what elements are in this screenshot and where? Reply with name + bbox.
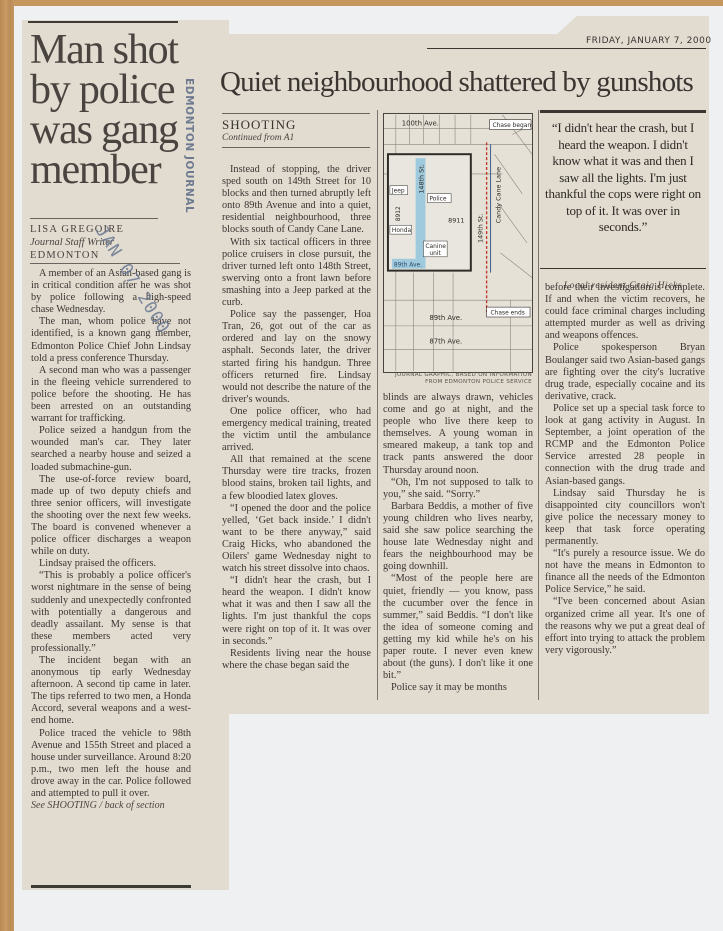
pull-quote-bottom-rule xyxy=(540,268,706,269)
section-kicker: SHOOTING xyxy=(222,117,296,133)
publication-stamp: EDMONTON JOURNAL xyxy=(183,78,195,213)
dateline: FRIDAY, JANUARY 7, 2000 xyxy=(586,36,712,46)
svg-text:8912: 8912 xyxy=(396,206,402,221)
paragraph: Residents living near the house where th… xyxy=(222,648,371,672)
svg-text:Jeep: Jeep xyxy=(391,189,405,195)
svg-text:149th St.: 149th St. xyxy=(477,214,485,243)
kicker-top-rule xyxy=(222,113,370,114)
paragraph: “Most of the people here are quiet, frie… xyxy=(383,573,533,682)
map-graphic: 100th Ave. Chase began 148th St. Jeep 89… xyxy=(384,114,532,372)
paragraph: before their investigation is complete. … xyxy=(545,282,705,342)
paragraph: “It's purely a resource issue. We do not… xyxy=(545,548,705,596)
continued-from: Continued from A1 xyxy=(222,133,294,143)
svg-text:Candy Cane Lane: Candy Cane Lane xyxy=(494,167,502,223)
paragraph: “Oh, I'm not supposed to talk to you,” s… xyxy=(383,477,533,501)
inside-column-2: blinds are always drawn, vehicles come a… xyxy=(383,392,533,694)
svg-text:89th Ave.: 89th Ave. xyxy=(394,263,422,269)
svg-text:89th Ave.: 89th Ave. xyxy=(429,314,462,322)
paragraph: “I've been concerned about Asian organiz… xyxy=(545,596,705,656)
headline-top-rule xyxy=(28,21,178,23)
front-story-body: A member of an Asian-based gang is in cr… xyxy=(31,268,191,812)
paragraph: Barbara Beddis, a mother of five young c… xyxy=(383,501,533,574)
paragraph: Police say the passenger, Hoa Tran, 26, … xyxy=(222,309,371,406)
paragraph: Police seized a handgun from the wounded… xyxy=(31,425,191,473)
inside-headline: Quiet neighbourhood shattered by gunshot… xyxy=(220,66,693,99)
map-credit: JOURNAL GRAPHIC, BASED ON INFORMATION FR… xyxy=(384,372,532,386)
svg-text:100th Ave.: 100th Ave. xyxy=(402,120,439,128)
svg-text:87th Ave.: 87th Ave. xyxy=(429,338,462,346)
svg-text:Honda: Honda xyxy=(392,228,412,234)
column-divider xyxy=(377,110,378,700)
pull-quote: “I didn't hear the crash, but I heard th… xyxy=(543,120,703,236)
byline-bottom-rule xyxy=(30,263,180,264)
paragraph: Lindsay praised the officers. xyxy=(31,558,191,570)
paragraph: A member of an Asian-based gang is in cr… xyxy=(31,268,191,316)
pull-quote-top-rule xyxy=(540,110,706,113)
svg-text:Chase ends: Chase ends xyxy=(491,311,525,317)
paragraph: One police officer, who had emergency me… xyxy=(222,406,371,454)
svg-text:8911: 8911 xyxy=(448,216,464,224)
paragraph: The incident began with an anonymous tip… xyxy=(31,655,191,728)
paragraph: Police say it may be months xyxy=(383,682,533,694)
paragraph: “I didn't hear the crash, but I heard th… xyxy=(222,575,371,648)
paragraph: Police spokesperson Bryan Boulanger said… xyxy=(545,342,705,402)
kicker-bottom-rule xyxy=(222,147,370,148)
byline-top-rule xyxy=(30,218,158,219)
paragraph: Lindsay said Thursday he is disappointed… xyxy=(545,488,705,548)
paragraph: blinds are always drawn, vehicles come a… xyxy=(383,392,533,477)
paragraph: With six tactical officers in three poli… xyxy=(222,237,371,310)
svg-text:Canine: Canine xyxy=(425,244,446,250)
paragraph: The use-of-force review board, made up o… xyxy=(31,474,191,559)
svg-text:unit: unit xyxy=(429,251,441,257)
paragraph: Police set up a special task force to lo… xyxy=(545,403,705,488)
paragraph: “I opened the door and the police yelled… xyxy=(222,503,371,576)
paragraph: A second man who was a passenger in the … xyxy=(31,365,191,425)
svg-text:148th St.: 148th St. xyxy=(417,164,425,193)
jump-line: See SHOOTING / back of section xyxy=(31,800,191,812)
paragraph: All that remained at the scene Thursday … xyxy=(222,454,371,502)
svg-text:Chase began: Chase began xyxy=(493,123,532,129)
svg-text:Police: Police xyxy=(429,197,446,203)
front-headline: Man shot by police was gang member xyxy=(30,30,195,190)
column-divider xyxy=(538,110,539,700)
paragraph: “This is probably a police officer's wor… xyxy=(31,570,191,655)
inside-column-1: Instead of stopping, the driver sped sou… xyxy=(222,164,371,672)
front-bottom-rule xyxy=(31,885,191,888)
chase-route-map: 100th Ave. Chase began 148th St. Jeep 89… xyxy=(383,113,533,373)
paragraph: Instead of stopping, the driver sped sou… xyxy=(222,164,371,237)
dateline-rule xyxy=(427,48,706,49)
paragraph: Police traced the vehicle to 98th Avenue… xyxy=(31,728,191,801)
inside-column-3: before their investigation is complete. … xyxy=(545,282,705,657)
